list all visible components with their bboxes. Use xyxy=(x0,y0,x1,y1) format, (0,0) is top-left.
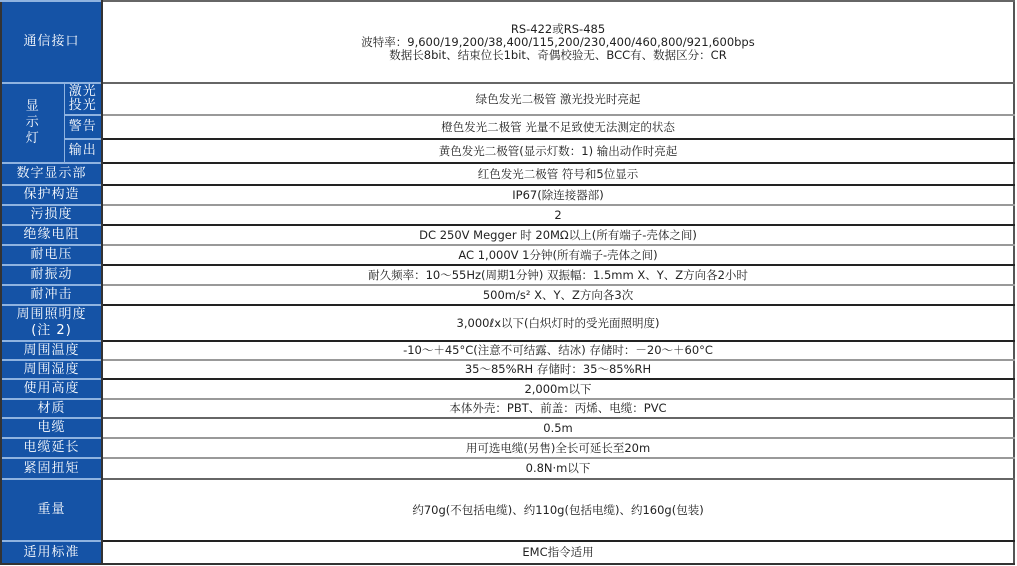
spec-row-weight: 重量 约70g(不包括电缆)、约110g(包括电缆)、约160g(包装) xyxy=(1,479,1014,541)
row-label-dielectric: 耐电压 xyxy=(1,245,102,265)
row-label-laser-emission: 激光 投光 xyxy=(64,83,102,115)
row-value-insulation: DC 250V Megger 时 20MΩ以上(所有端子-壳体之间) xyxy=(102,225,1014,245)
spec-row-cable: 电缆 0.5m xyxy=(1,418,1014,438)
row-label-shock: 耐冲击 xyxy=(1,285,102,305)
spec-table: 通信接口 RS-422或RS-485 波特率：9,600/19,200/38,4… xyxy=(0,0,1015,565)
row-label-weight: 重量 xyxy=(1,479,102,541)
spec-row-comm-interface: 通信接口 RS-422或RS-485 波特率：9,600/19,200/38,4… xyxy=(1,1,1014,83)
row-value-laser-emission: 绿色发光二极管 激光投光时亮起 xyxy=(102,83,1014,115)
spec-row-cable-extension: 电缆延长 用可选电缆(另售)全长可延长至20m xyxy=(1,438,1014,458)
row-value-ambient-temp: -10～＋45°C(注意不可结露、结冰) 存储时：－20～＋60°C xyxy=(102,341,1014,360)
row-value-dielectric: AC 1,000V 1分钟(所有端子-壳体之间) xyxy=(102,245,1014,265)
spec-row-indicator-output: 输出 黄色发光二极管(显示灯数：1) 输出动作时亮起 xyxy=(1,139,1014,163)
spec-row-ambient-temp: 周围温度 -10～＋45°C(注意不可结露、结冰) 存储时：－20～＋60°C xyxy=(1,341,1014,360)
spec-row-shock: 耐冲击 500m/s² X、Y、Z方向各3次 xyxy=(1,285,1014,305)
row-label-cable: 电缆 xyxy=(1,418,102,438)
comm-line-3: 数据长8bit、结束位长1bit、奇偶校验无、BCC有、数据区分：CR xyxy=(103,49,1013,62)
row-value-cable-extension: 用可选电缆(另售)全长可延长至20m xyxy=(102,438,1014,458)
row-label-tightening-torque: 紧固扭矩 xyxy=(1,458,102,479)
spec-row-altitude: 使用高度 2,000m以下 xyxy=(1,379,1014,399)
row-label-altitude: 使用高度 xyxy=(1,379,102,399)
row-label-ambient-humidity: 周围湿度 xyxy=(1,360,102,379)
row-label-cable-extension: 电缆延长 xyxy=(1,438,102,458)
spec-row-ambient-humidity: 周围湿度 35～85%RH 存储时：35～85%RH xyxy=(1,360,1014,379)
row-label-vibration: 耐振动 xyxy=(1,265,102,285)
row-label-insulation: 绝缘电阻 xyxy=(1,225,102,245)
spec-row-ambient-light: 周围照明度 (注 2) 3,000ℓx以下(白炽灯时的受光面照明度) xyxy=(1,305,1014,341)
row-value-digital-display: 红色发光二极管 符号和5位显示 xyxy=(102,163,1014,185)
comm-line-2: 波特率：9,600/19,200/38,400/115,200/230,400/… xyxy=(103,36,1013,49)
spec-row-indicator-warning: 警告 橙色发光二极管 光量不足致使无法测定的状态 xyxy=(1,115,1014,139)
spec-row-material: 材质 本体外壳：PBT、前盖：丙烯、电缆：PVC xyxy=(1,399,1014,418)
spec-row-pollution-degree: 污损度 2 xyxy=(1,205,1014,225)
row-label-comm-interface: 通信接口 xyxy=(1,1,102,83)
row-value-ambient-humidity: 35～85%RH 存储时：35～85%RH xyxy=(102,360,1014,379)
row-value-ambient-light: 3,000ℓx以下(白炽灯时的受光面照明度) xyxy=(102,305,1014,341)
row-value-tightening-torque: 0.8N·m以下 xyxy=(102,458,1014,479)
row-label-pollution-degree: 污损度 xyxy=(1,205,102,225)
row-label-output: 输出 xyxy=(64,139,102,163)
row-value-altitude: 2,000m以下 xyxy=(102,379,1014,399)
comm-line-1: RS-422或RS-485 xyxy=(103,23,1013,36)
row-label-material: 材质 xyxy=(1,399,102,418)
row-label-protection: 保护构造 xyxy=(1,185,102,205)
row-value-shock: 500m/s² X、Y、Z方向各3次 xyxy=(102,285,1014,305)
spec-row-indicator-laser: 显 示 灯 激光 投光 绿色发光二极管 激光投光时亮起 xyxy=(1,83,1014,115)
row-value-comm-interface: RS-422或RS-485 波特率：9,600/19,200/38,400/11… xyxy=(102,1,1014,83)
row-value-output: 黄色发光二极管(显示灯数：1) 输出动作时亮起 xyxy=(102,139,1014,163)
spec-row-insulation: 绝缘电阻 DC 250V Megger 时 20MΩ以上(所有端子-壳体之间) xyxy=(1,225,1014,245)
row-label-warning: 警告 xyxy=(64,115,102,139)
spec-row-protection: 保护构造 IP67(除连接器部) xyxy=(1,185,1014,205)
row-value-warning: 橙色发光二极管 光量不足致使无法测定的状态 xyxy=(102,115,1014,139)
row-label-ambient-light: 周围照明度 (注 2) xyxy=(1,305,102,341)
row-value-weight: 约70g(不包括电缆)、约110g(包括电缆)、约160g(包装) xyxy=(102,479,1014,541)
row-value-protection: IP67(除连接器部) xyxy=(102,185,1014,205)
row-value-vibration: 耐久频率：10～55Hz(周期1分钟) 双振幅：1.5mm X、Y、Z方向各2小… xyxy=(102,265,1014,285)
row-label-ambient-temp: 周围温度 xyxy=(1,341,102,360)
row-label-digital-display: 数字显示部 xyxy=(1,163,102,185)
row-value-pollution-degree: 2 xyxy=(102,205,1014,225)
spec-row-tightening-torque: 紧固扭矩 0.8N·m以下 xyxy=(1,458,1014,479)
spec-row-dielectric: 耐电压 AC 1,000V 1分钟(所有端子-壳体之间) xyxy=(1,245,1014,265)
row-label-standards: 适用标准 xyxy=(1,541,102,564)
spec-row-vibration: 耐振动 耐久频率：10～55Hz(周期1分钟) 双振幅：1.5mm X、Y、Z方… xyxy=(1,265,1014,285)
spec-row-standards: 适用标准 EMC指令适用 xyxy=(1,541,1014,564)
row-value-material: 本体外壳：PBT、前盖：丙烯、电缆：PVC xyxy=(102,399,1014,418)
row-label-indicator-group: 显 示 灯 xyxy=(1,83,64,163)
spec-row-digital-display: 数字显示部 红色发光二极管 符号和5位显示 xyxy=(1,163,1014,185)
row-value-cable: 0.5m xyxy=(102,418,1014,438)
row-value-standards: EMC指令适用 xyxy=(102,541,1014,564)
